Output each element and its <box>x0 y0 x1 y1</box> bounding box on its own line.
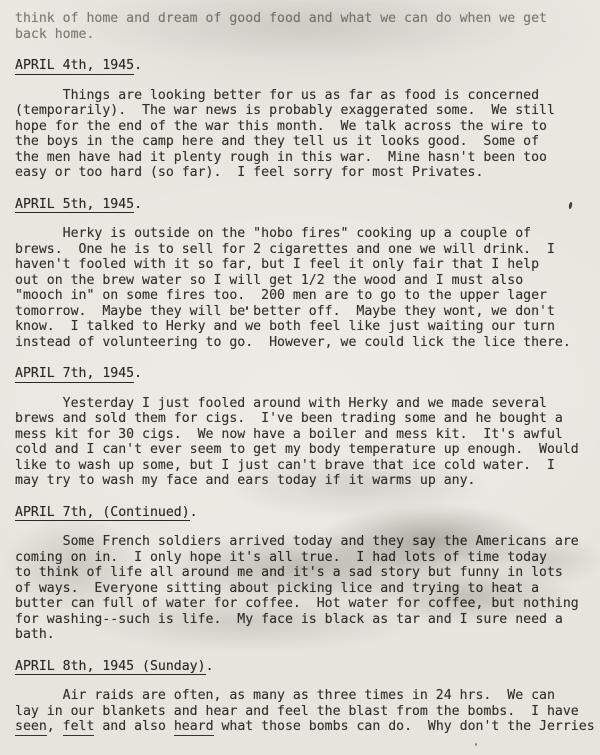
text-line: Things are looking better for us as far … <box>15 88 598 104</box>
entry-heading-period: . <box>190 505 198 520</box>
text-line: think of home and dream of good food and… <box>15 11 598 27</box>
text-line: for washing--such is life. My face is bl… <box>15 612 598 628</box>
text-line: of ways. Everyone sitting about picking … <box>15 581 598 597</box>
entry-heading-text: APRIL 4th, 1945 <box>15 58 134 75</box>
text-line: (temporarily). The war news is probably … <box>15 103 598 119</box>
text-segment: what those bombs can do. Why don't the J… <box>214 719 595 734</box>
text-line: Air raids are often, as many as three ti… <box>15 688 598 704</box>
text-line: butter can full of water for coffee. Hot… <box>15 596 598 612</box>
entry-heading-text: APRIL 8th, 1945 (Sunday) <box>15 659 206 676</box>
entry-heading: APRIL 4th, 1945. <box>15 58 598 74</box>
text-line: the boys in the camp here and they tell … <box>15 134 598 150</box>
text-line: mess kit for 30 cigs. We now have a boil… <box>15 427 598 443</box>
text-line: haven't fooled with it so far, but I fee… <box>15 257 598 273</box>
diary-paragraph: Air raids are often, as many as three ti… <box>15 688 598 735</box>
text-line: back home. <box>15 27 598 43</box>
diary-paragraph: Things are looking better for us as far … <box>15 88 598 181</box>
entry-heading: APRIL 7th, 1945. <box>15 366 598 382</box>
entry-heading-period: . <box>134 366 142 381</box>
diary-paragraph: Some French soldiers arrived today and t… <box>15 534 598 643</box>
text-line: Yesterday I just fooled around with Herk… <box>15 396 598 412</box>
underlined-word: heard <box>174 719 214 736</box>
text-line: know. I talked to Herky and we both feel… <box>15 319 598 335</box>
text-line: like to wash up some, but I just can't b… <box>15 458 598 474</box>
underlined-word: felt <box>63 719 95 736</box>
scanned-diary-page: think of home and dream of good food and… <box>0 0 600 755</box>
text-line: coming on in. I only hope it's all true.… <box>15 550 598 566</box>
entry-heading-text: APRIL 7th, 1945 <box>15 366 134 383</box>
entry-heading-period: . <box>134 197 142 212</box>
entry-heading: APRIL 5th, 1945. <box>15 197 598 213</box>
text-line: cold and I can't ever seem to get my bod… <box>15 442 598 458</box>
text-line: the men have had it plenty rough in this… <box>15 150 598 166</box>
diary-page-content: think of home and dream of good food and… <box>0 0 600 755</box>
text-line: hope for the end of the war this month. … <box>15 119 598 135</box>
text-line: easy or too hard (so far). I feel sorry … <box>15 165 598 181</box>
text-line: brews and sold them for cigs. I've been … <box>15 411 598 427</box>
text-line: may try to wash my face and ears today i… <box>15 473 598 489</box>
text-line: bath. <box>15 627 598 643</box>
text-segment: , <box>47 719 63 734</box>
text-line: out on the brew water so I will get 1/2 … <box>15 273 598 289</box>
text-line: Some French soldiers arrived today and t… <box>15 534 598 550</box>
diary-paragraph: Herky is outside on the "hobo fires" coo… <box>15 226 598 350</box>
text-line: brews. One he is to sell for 2 cigarette… <box>15 242 598 258</box>
diary-paragraph: think of home and dream of good food and… <box>15 11 598 42</box>
entry-heading: APRIL 8th, 1945 (Sunday). <box>15 659 598 675</box>
text-line: tomorrow. Maybe they will be better off.… <box>15 304 598 320</box>
text-line: to think of life all around me and it's … <box>15 565 598 581</box>
diary-paragraph: Yesterday I just fooled around with Herk… <box>15 396 598 489</box>
text-line: "mooch in" on some fires too. 200 men ar… <box>15 288 598 304</box>
text-line: Herky is outside on the "hobo fires" coo… <box>15 226 598 242</box>
entry-heading-text: APRIL 7th, (Continued) <box>15 505 190 522</box>
entry-heading: APRIL 7th, (Continued). <box>15 505 598 521</box>
scan-speck <box>246 306 248 310</box>
entry-heading-period: . <box>134 58 142 73</box>
entry-heading-text: APRIL 5th, 1945 <box>15 197 134 214</box>
text-segment: and also <box>94 719 173 734</box>
entry-heading-period: . <box>206 659 214 674</box>
underlined-word: seen <box>15 719 47 736</box>
text-line: seen, felt and also heard what those bom… <box>15 719 598 735</box>
scan-speck <box>475 743 477 746</box>
text-line: lay in our blankets and hear and feel th… <box>15 704 598 720</box>
text-line: instead of volunteering to go. However, … <box>15 335 598 351</box>
